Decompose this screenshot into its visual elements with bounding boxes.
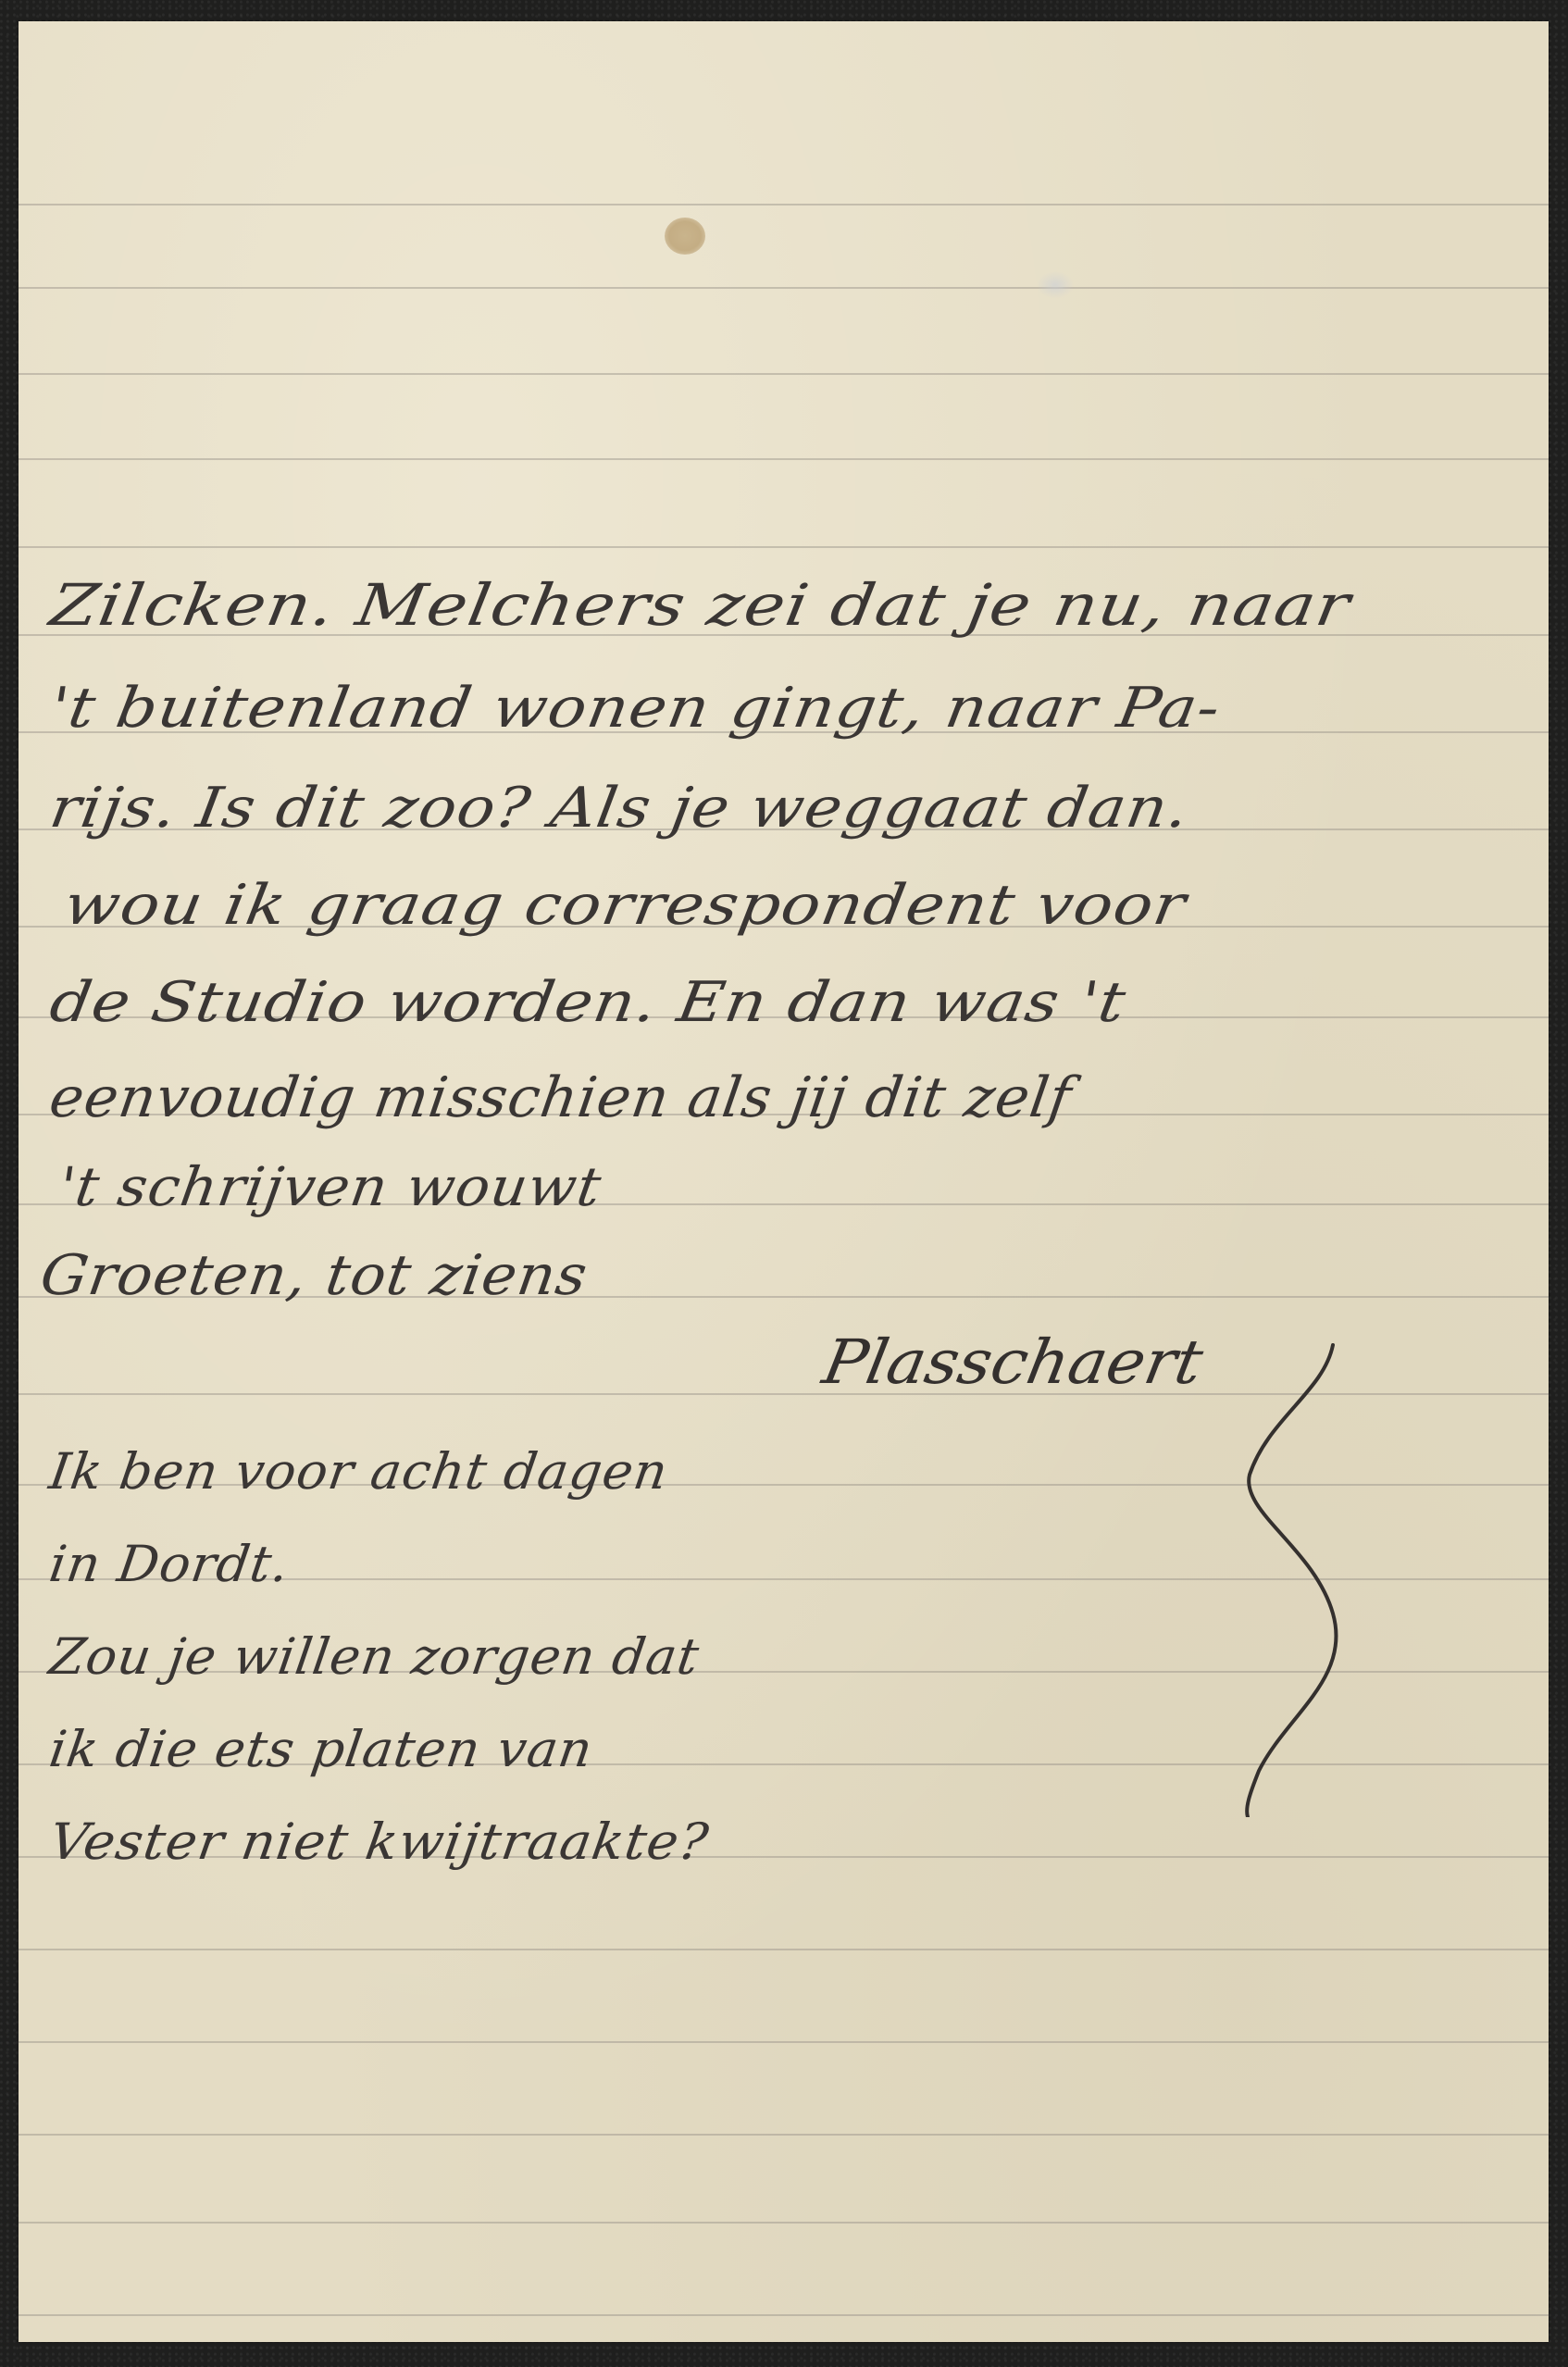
signature: Plasschaert: [817, 1327, 1208, 1398]
letter-closing: Groeten, tot ziens: [37, 1248, 591, 1303]
signature-flourish: [1194, 1336, 1361, 1817]
letter-line-4: wou ik graag correspondent voor: [60, 878, 1190, 933]
ruled-line: [19, 458, 1549, 460]
letter-line-3: rijs. Is dit zoo? Als je weggaat dan.: [46, 780, 1193, 836]
ruled-line: [19, 2041, 1549, 2043]
letter-line-6: eenvoudig misschien als jij dit zelf: [46, 1070, 1076, 1126]
ruled-line: [19, 204, 1549, 206]
postscript-line-3: Zou je willen zorgen dat: [46, 1632, 703, 1682]
letter-line-5: de Studio worden. En dan was 't: [46, 975, 1130, 1030]
paper-stain: [665, 218, 705, 255]
letter-paper: Zilcken. Melchers zei dat je nu, naar 't…: [19, 21, 1549, 2342]
postscript-line-1: Ik ben voor acht dagen: [46, 1447, 671, 1497]
letter-line-2: 't buitenland wonen gingt, naar Pa-: [46, 680, 1225, 736]
ruled-line: [19, 2134, 1549, 2136]
postscript-line-2: in Dordt.: [46, 1539, 292, 1589]
ruled-line: [19, 373, 1549, 375]
letter-line-7: 't schrijven wouwt: [56, 1160, 605, 1214]
postscript-line-4: ik die ets platen van: [46, 1725, 596, 1775]
postscript-line-5: Vester niet kwijtraakte?: [46, 1817, 712, 1867]
ruled-line: [19, 2314, 1549, 2316]
ruled-line: [19, 2222, 1549, 2224]
paper-smudge: [1037, 271, 1074, 299]
letter-line-1: Zilcken. Melchers zei dat je nu, naar: [46, 577, 1354, 634]
ruled-line: [19, 546, 1549, 548]
ruled-line: [19, 1949, 1549, 1950]
ruled-line: [19, 287, 1549, 289]
